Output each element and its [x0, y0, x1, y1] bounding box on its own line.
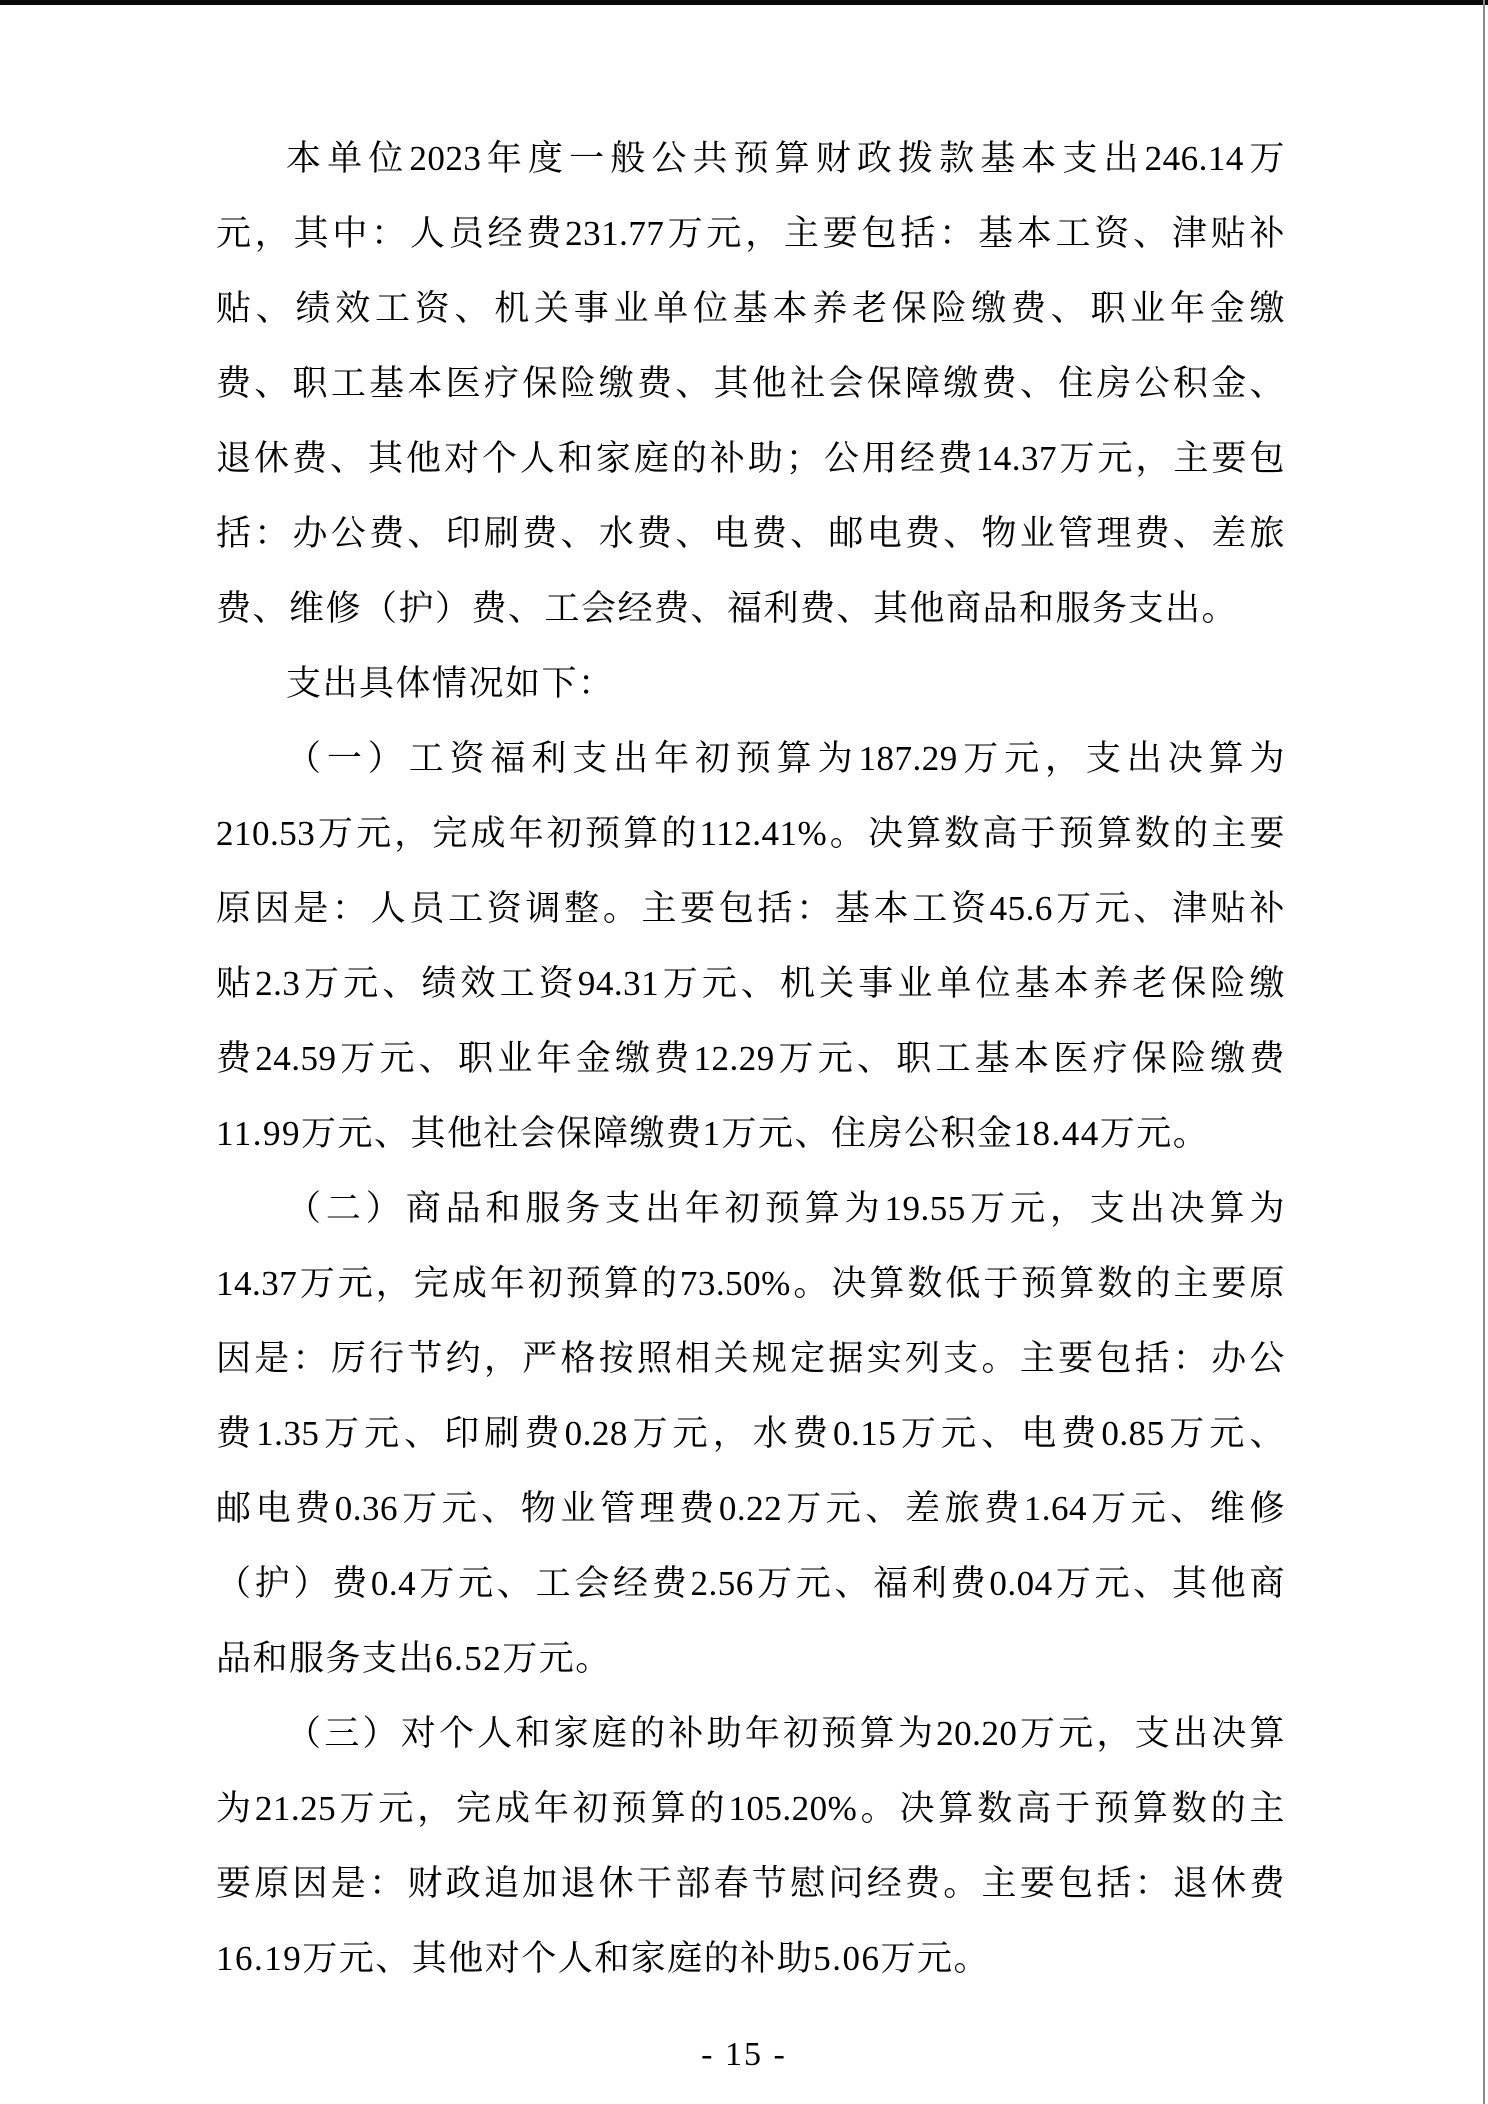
text-line: 原因是：人员工资调整。主要包括：基本工资45.6万元、津贴补 — [216, 871, 1285, 946]
text-line: 退休费、其他对个人和家庭的补助；公用经费14.37万元，主要包 — [216, 421, 1285, 496]
text-line: 邮电费0.36万元、物业管理费0.22万元、差旅费1.64万元、维修 — [216, 1471, 1285, 1546]
text-line: 贴、绩效工资、机关事业单位基本养老保险缴费、职业年金缴 — [216, 271, 1285, 346]
text-line: 16.19万元、其他对个人和家庭的补助5.06万元。 — [216, 1921, 1285, 1996]
text-line: 11.99万元、其他社会保障缴费1万元、住房公积金18.44万元。 — [216, 1096, 1285, 1171]
scan-right-edge-line — [1483, 0, 1485, 2104]
text-line: 贴2.3万元、绩效工资94.31万元、机关事业单位基本养老保险缴 — [216, 946, 1285, 1021]
text-line: 210.53万元，完成年初预算的112.41%。决算数高于预算数的主要 — [216, 796, 1285, 871]
text-line: （三）对个人和家庭的补助年初预算为20.20万元，支出决算 — [216, 1696, 1285, 1771]
page-number: - 15 - — [0, 2032, 1488, 2078]
para-salary-welfare-expenditure: （一）工资福利支出年初预算为187.29万元，支出决算为210.53万元，完成年… — [216, 721, 1285, 1171]
para-details-intro: 支出具体情况如下： — [216, 646, 1285, 721]
text-line: 元，其中：人员经费231.77万元，主要包括：基本工资、津贴补 — [216, 196, 1285, 271]
para-basic-expenditure-overview: 本单位2023年度一般公共预算财政拨款基本支出246.14万元，其中：人员经费2… — [216, 121, 1285, 646]
text-line: 为21.25万元，完成年初预算的105.20%。决算数高于预算数的主 — [216, 1771, 1285, 1846]
text-line: 品和服务支出6.52万元。 — [216, 1621, 1285, 1696]
para-goods-services-expenditure: （二）商品和服务支出年初预算为19.55万元，支出决算为14.37万元，完成年初… — [216, 1171, 1285, 1696]
text-line: 括：办公费、印刷费、水费、电费、邮电费、物业管理费、差旅 — [216, 496, 1285, 571]
text-line: 费1.35万元、印刷费0.28万元，水费0.15万元、电费0.85万元、 — [216, 1396, 1285, 1471]
text-line: （护）费0.4万元、工会经费2.56万元、福利费0.04万元、其他商 — [216, 1546, 1285, 1621]
document-body: 本单位2023年度一般公共预算财政拨款基本支出246.14万元，其中：人员经费2… — [216, 121, 1285, 1996]
text-line: 要原因是：财政追加退休干部春节慰问经费。主要包括：退休费 — [216, 1846, 1285, 1921]
text-line: 支出具体情况如下： — [216, 646, 1285, 721]
document-page: 本单位2023年度一般公共预算财政拨款基本支出246.14万元，其中：人员经费2… — [0, 0, 1488, 2104]
text-line: （一）工资福利支出年初预算为187.29万元，支出决算为 — [216, 721, 1285, 796]
para-individual-family-subsidy: （三）对个人和家庭的补助年初预算为20.20万元，支出决算为21.25万元，完成… — [216, 1696, 1285, 1996]
text-line: （二）商品和服务支出年初预算为19.55万元，支出决算为 — [216, 1171, 1285, 1246]
text-line: 14.37万元，完成年初预算的73.50%。决算数低于预算数的主要原 — [216, 1246, 1285, 1321]
text-line: 费24.59万元、职业年金缴费12.29万元、职工基本医疗保险缴费 — [216, 1021, 1285, 1096]
text-line: 本单位2023年度一般公共预算财政拨款基本支出246.14万 — [216, 121, 1285, 196]
text-line: 因是：厉行节约，严格按照相关规定据实列支。主要包括：办公 — [216, 1321, 1285, 1396]
text-line: 费、维修（护）费、工会经费、福利费、其他商品和服务支出。 — [216, 571, 1285, 646]
text-line: 费、职工基本医疗保险缴费、其他社会保障缴费、住房公积金、 — [216, 346, 1285, 421]
scan-top-edge-bar — [0, 0, 1488, 5]
